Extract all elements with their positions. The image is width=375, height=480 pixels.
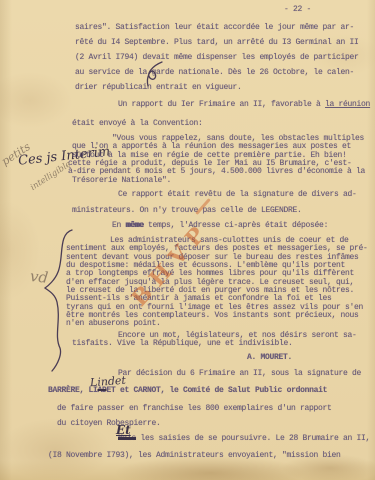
typed-line: Puissent-ils s'anéantir à jamais et conf… [66, 294, 332, 303]
typed-line: Trésorerie Nationale". [72, 176, 171, 185]
handwritten-correction-et: Et [116, 423, 131, 437]
typed-line: rêté du I4 Septembre. Plus tard, un arrê… [75, 38, 359, 47]
typed-line: que l'on a apportés à la réunion des mes… [72, 142, 351, 151]
typed-line: Ce rapport était revêtu de la signature … [118, 190, 357, 199]
typed-line: a trop longtemps effrayé les hommes libr… [66, 269, 354, 278]
typed-text: Un rapport du Ier Frimaire an II, favora… [118, 100, 325, 109]
typed-line: (I8 Novembre I793), les Administrateurs … [48, 451, 341, 460]
typed-text: En [112, 221, 126, 230]
typed-text: temps, l'Adresse ci-après était déposée: [144, 221, 329, 230]
typed-line: de faire passer en franchise les 800 exe… [57, 404, 332, 413]
typed-line: Un rapport du Ier Frimaire an II, favora… [118, 100, 370, 109]
typed-text: les saisies de se poursuivre. Le 28 Brum… [136, 434, 370, 443]
typed-line: tisfaits. Vive la République, une et ind… [72, 339, 293, 348]
typed-line: était envoyé à la Convention: [72, 119, 203, 128]
typed-line: du citoyen Robespierre. [57, 419, 161, 428]
typed-line: saires". Satisfaction leur était accordé… [75, 23, 354, 32]
signature: A. MOURET. [247, 353, 292, 362]
typed-line: à-dire pendant 6 mois et 5 jours, 4.500.… [68, 167, 365, 176]
typed-line: au service de la garde nationale. Dès le… [75, 68, 354, 77]
typed-line: (2 Avril I794) devait même dispenser les… [75, 53, 359, 62]
page-number: - 22 - [284, 5, 311, 14]
ink-squiggle-mark [140, 58, 166, 88]
pencil-mark-vd: vd [29, 267, 49, 287]
overstruck-word: même [126, 221, 144, 230]
typed-line: Par décision du 6 Frimaire an II, sous l… [118, 369, 361, 378]
underlined-phrase: la réunion [325, 100, 370, 109]
typed-line: En même temps, l'Adresse ci-après était … [112, 221, 328, 230]
typed-line: sentiment aux employés, facteurs des pos… [66, 244, 368, 253]
handwritten-brace [42, 228, 82, 373]
typed-text: ET et CARNOT, le Comité de Salut Public … [107, 386, 328, 395]
handwritten-correction-lindet: Lindet [90, 374, 127, 389]
typed-line: Mais les saisies de se poursuivre. Le 28… [118, 434, 370, 443]
typed-line: ministrateurs. On n'y trouve pas celle d… [72, 206, 302, 215]
scanned-document-page: - 22 - saires". Satisfaction leur était … [0, 0, 375, 480]
